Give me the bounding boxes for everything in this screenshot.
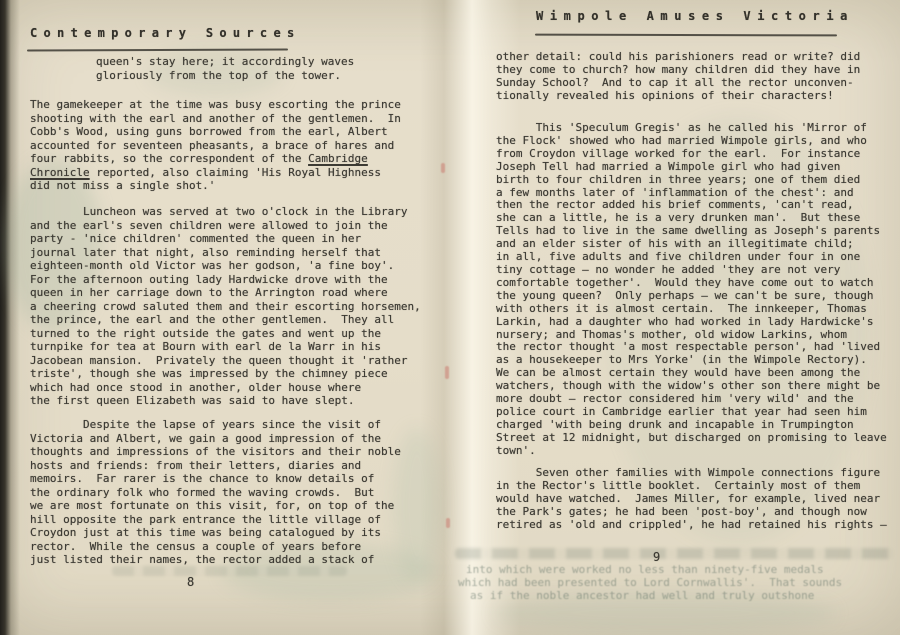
paragraph-despite: Despite the lapse of years since the vis… bbox=[30, 418, 401, 567]
scan-artifact-mark bbox=[446, 518, 450, 528]
left-page-header: Contemporary Sources bbox=[30, 26, 301, 40]
paragraph-gamekeeper: The gamekeeper at the time was busy esco… bbox=[30, 98, 401, 193]
paragraph-speculum-gregis: This 'Speculum Gregis' as he called his … bbox=[496, 122, 887, 458]
blockquote-queens-stay: queen's stay here; it accordingly waves … bbox=[96, 55, 354, 82]
underlined-title-chronicle: Chronicle bbox=[30, 166, 90, 179]
paragraph-seven-families: Seven other families with Wimpole connec… bbox=[496, 467, 887, 532]
paragraph-luncheon: Luncheon was served at two o'clock in th… bbox=[30, 205, 421, 408]
right-page: Wimpole Amuses Victoria other detail: co… bbox=[496, 0, 894, 635]
left-header-rule bbox=[27, 49, 288, 52]
page-number-right: 9 bbox=[653, 550, 660, 564]
spine-edge-shadow bbox=[0, 0, 20, 635]
bleedthrough-ghost-line: which had been presented to Lord Cornwal… bbox=[458, 576, 842, 589]
scan-artifact-mark bbox=[441, 163, 445, 173]
left-page: Contemporary Sources queen's stay here; … bbox=[30, 0, 432, 635]
page-number-left: 8 bbox=[187, 575, 194, 589]
scanned-book-spread: Contemporary Sources queen's stay here; … bbox=[0, 0, 900, 635]
right-header-rule bbox=[535, 34, 837, 37]
bleedthrough-ghost-line: into which were worked no less than nine… bbox=[466, 563, 824, 576]
underlined-title-cambridge: Cambridge bbox=[308, 152, 368, 165]
bleedthrough-ghost-line: as if the noble ancestor had well and tr… bbox=[470, 589, 814, 602]
right-page-header: Wimpole Amuses Victoria bbox=[536, 9, 854, 23]
paragraph-other-detail: other detail: could his parishioners rea… bbox=[496, 51, 860, 103]
scan-artifact-mark bbox=[445, 366, 449, 379]
